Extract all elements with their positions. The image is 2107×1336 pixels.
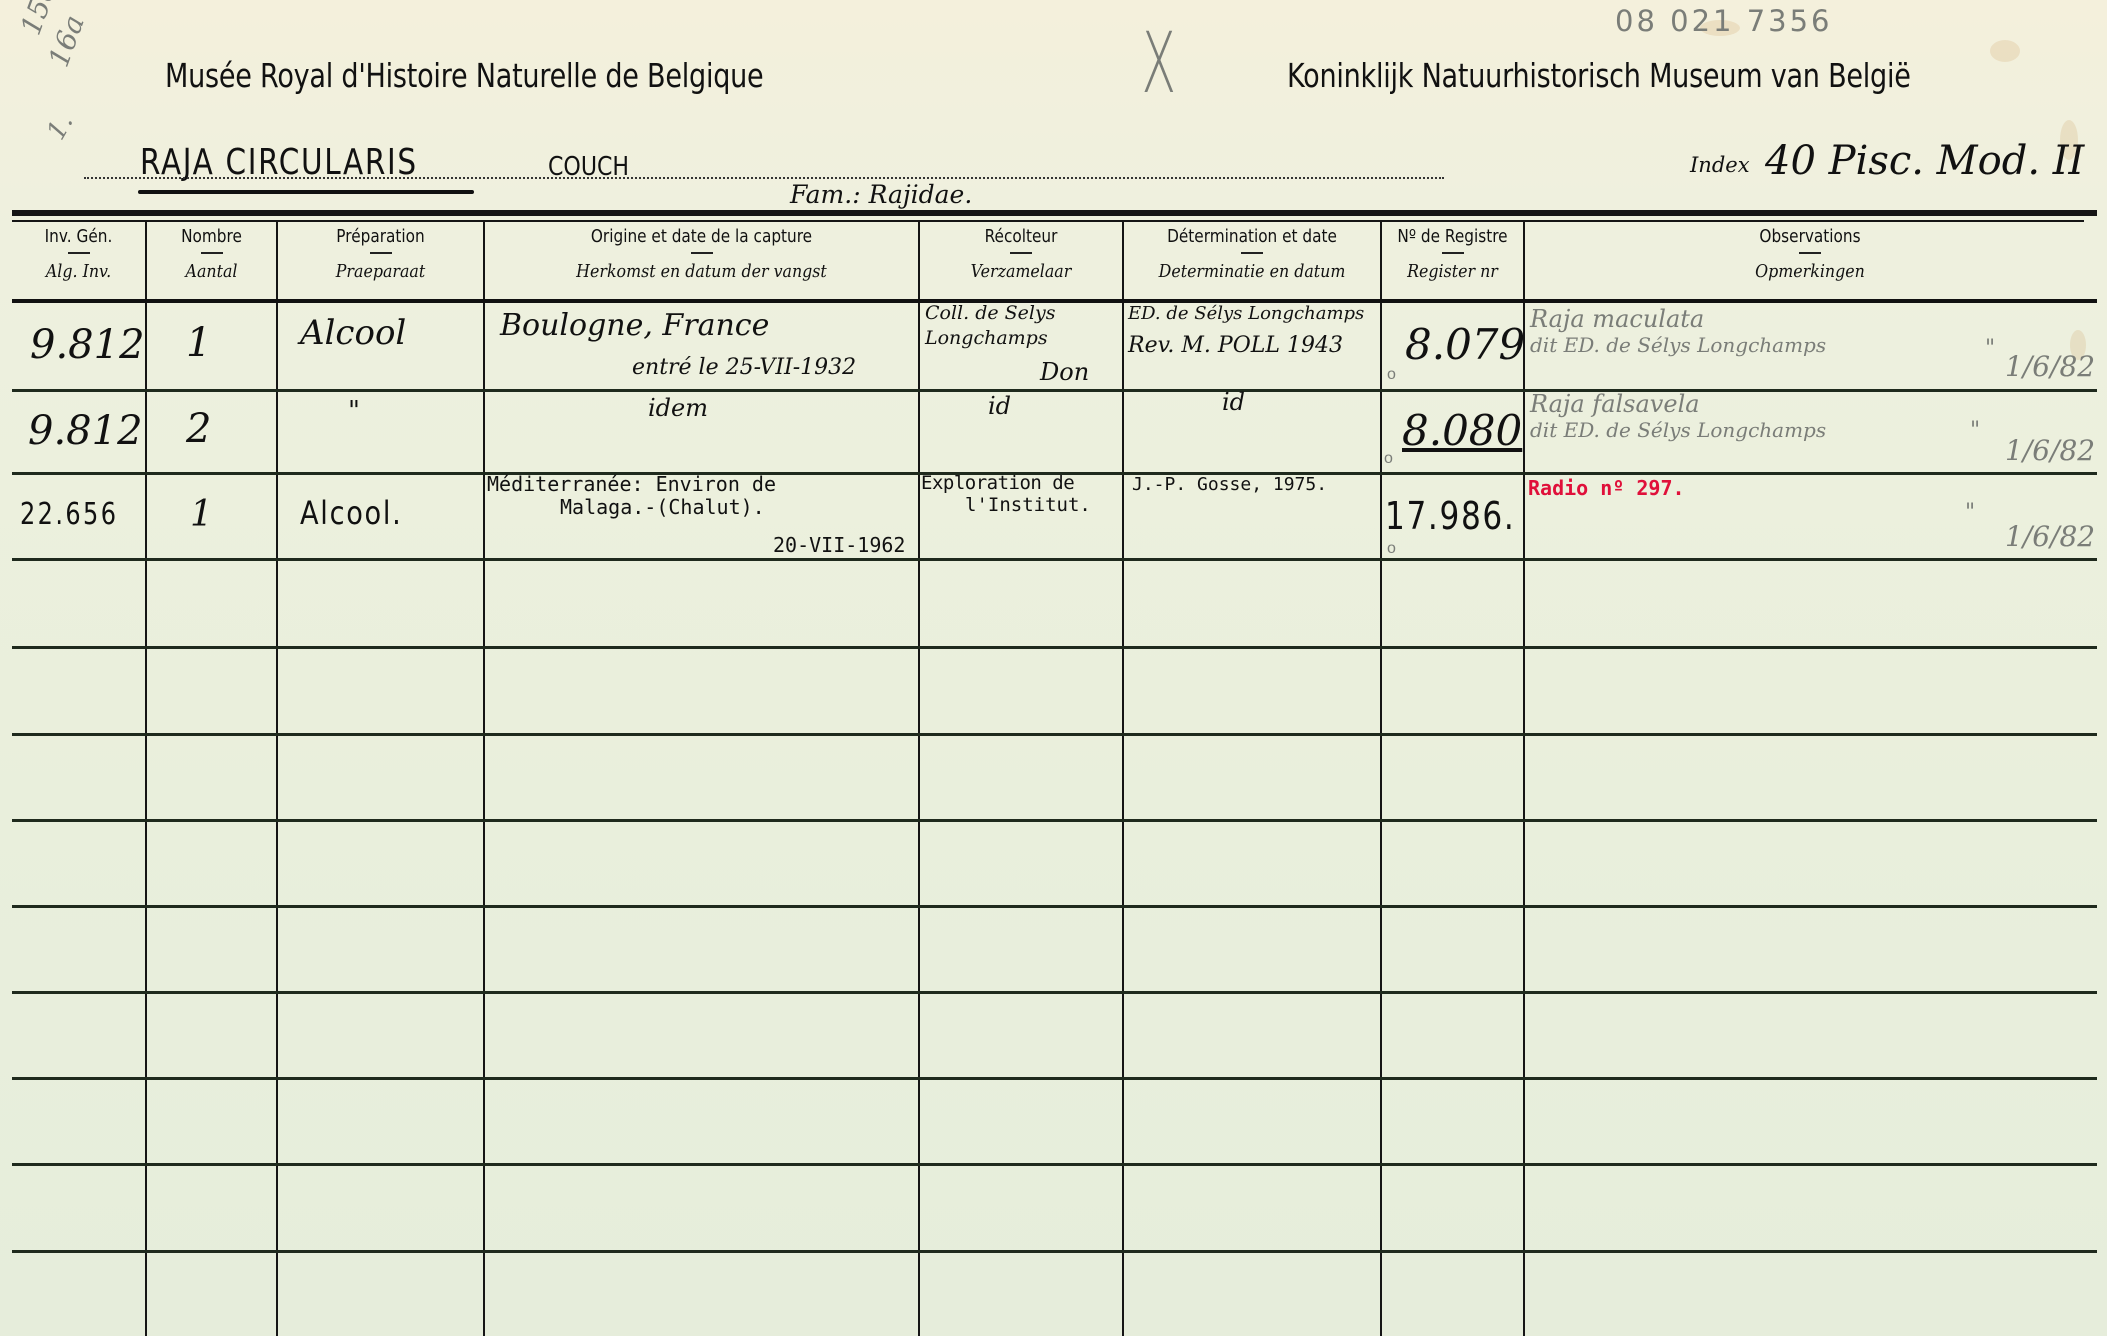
institution-title-fr: Musée Royal d'Histoire Naturelle de Belg…	[165, 56, 763, 95]
column-header-inv: Inv. Gén.Alg. Inv.	[12, 226, 145, 298]
catalog-number: 08 021 7356	[1615, 4, 1833, 38]
cell-determination-line1: ED. de Sélys Longchamps	[1128, 303, 1364, 324]
cell-origine-line2: entré le 25-VII-1932	[632, 355, 856, 380]
column-header-determination: Détermination et dateDeterminatie en dat…	[1124, 226, 1380, 298]
column-header-origine: Origine et date de la captureHerkomst en…	[485, 226, 918, 298]
cell-determination-line2: Rev. M. POLL 1943	[1128, 333, 1343, 358]
cell-origine-line2: Malaga.-(Chalut).	[560, 495, 765, 519]
cell-check-mark: "	[1965, 500, 1975, 525]
row-divider	[12, 646, 2097, 649]
cell-observation-red: Radio nº 297.	[1528, 476, 1685, 500]
cell-registre-mark: o	[1387, 366, 1396, 384]
cell-origine-line1: Méditerranée: Environ de	[487, 472, 776, 496]
cell-recolteur-line2: Longchamps	[925, 327, 1048, 349]
cell-registre-mark: o	[1384, 450, 1393, 468]
cell-recolteur-line1: Coll. de Selys	[925, 302, 1055, 324]
cell-recolteur-line1: Exploration de	[921, 472, 1074, 494]
corner-note-3: 1.	[41, 109, 79, 145]
cell-registre: 17.986.	[1385, 494, 1515, 538]
row-divider	[12, 1163, 2097, 1166]
cell-inv: 9.812	[28, 408, 143, 454]
cell-observation-line2: dit ED. de Sélys Longchamps	[1530, 333, 1826, 357]
column-header-nombre: NombreAantal	[147, 226, 276, 298]
index-label: Index	[1690, 153, 1750, 177]
row-divider	[12, 1077, 2097, 1080]
row-divider	[12, 733, 2097, 736]
institution-title-nl: Koninklijk Natuurhistorisch Museum van B…	[1287, 56, 1911, 95]
cell-origine-line1: idem	[648, 394, 708, 422]
cell-preparation: Alcool.	[300, 494, 403, 532]
column-header-observations: ObservationsOpmerkingen	[1525, 226, 2095, 298]
table-top-rule-thin	[12, 220, 2084, 222]
cell-observation-line1: Raja falsavela	[1530, 390, 1700, 418]
species-underline	[138, 190, 474, 194]
cell-check-mark: "	[1985, 336, 1995, 361]
cell-determination-line1: id	[1222, 388, 1245, 416]
species-dotted-line	[84, 177, 1444, 179]
cell-inv: 22.656	[20, 497, 118, 532]
row-divider	[12, 905, 2097, 908]
cell-nombre: 1	[190, 494, 213, 535]
cell-recolteur-line1: id	[988, 392, 1011, 420]
table-top-rule	[12, 210, 2097, 216]
cell-observation-line1: Raja maculata	[1530, 305, 1704, 333]
cross-mark: X	[1142, 14, 1177, 112]
row-divider	[12, 819, 2097, 822]
cell-determination-line1: J.-P. Gosse, 1975.	[1132, 474, 1327, 495]
index-value: 40 Pisc. Mod. II	[1765, 138, 2084, 184]
catalog-card: 15c 16a 1. 08 021 7356 X Musée Royal d'H…	[0, 0, 2107, 1336]
cell-preparation: "	[348, 396, 360, 426]
cell-recolteur-line2: l'Institut.	[965, 494, 1091, 516]
family-name: Fam.: Rajidae.	[790, 180, 972, 209]
cell-recolteur-line3: Don	[1040, 358, 1089, 386]
cell-inv: 9.812	[30, 322, 145, 368]
column-header-preparation: PréparationPraeparaat	[278, 226, 483, 298]
cell-registre: 8.079	[1405, 320, 1525, 369]
cell-check-date: 1/6/82	[2005, 520, 2095, 553]
cell-origine-line1: Boulogne, France	[500, 308, 769, 343]
row-divider	[12, 991, 2097, 994]
column-header-registre: Nº de RegistreRegister nr	[1382, 226, 1523, 298]
cell-check-date: 1/6/82	[2005, 350, 2095, 383]
cell-nombre: 1	[186, 320, 211, 366]
row-divider	[12, 558, 2097, 561]
cell-origine-line3: 20-VII-1962	[773, 533, 905, 557]
stain	[1990, 40, 2020, 62]
cell-preparation: Alcool	[300, 313, 406, 353]
cell-check-date: 1/6/82	[2005, 434, 2095, 467]
row-divider	[12, 389, 2097, 392]
cell-observation-line2: dit ED. de Sélys Longchamps	[1530, 418, 1826, 442]
cell-registre-mark: o	[1387, 540, 1396, 558]
cell-nombre: 2	[186, 406, 211, 452]
row-divider	[12, 1250, 2097, 1253]
cell-registre: 8.080	[1402, 406, 1522, 455]
column-header-recolteur: RécolteurVerzamelaar	[920, 226, 1122, 298]
cell-check-mark: "	[1970, 418, 1980, 443]
